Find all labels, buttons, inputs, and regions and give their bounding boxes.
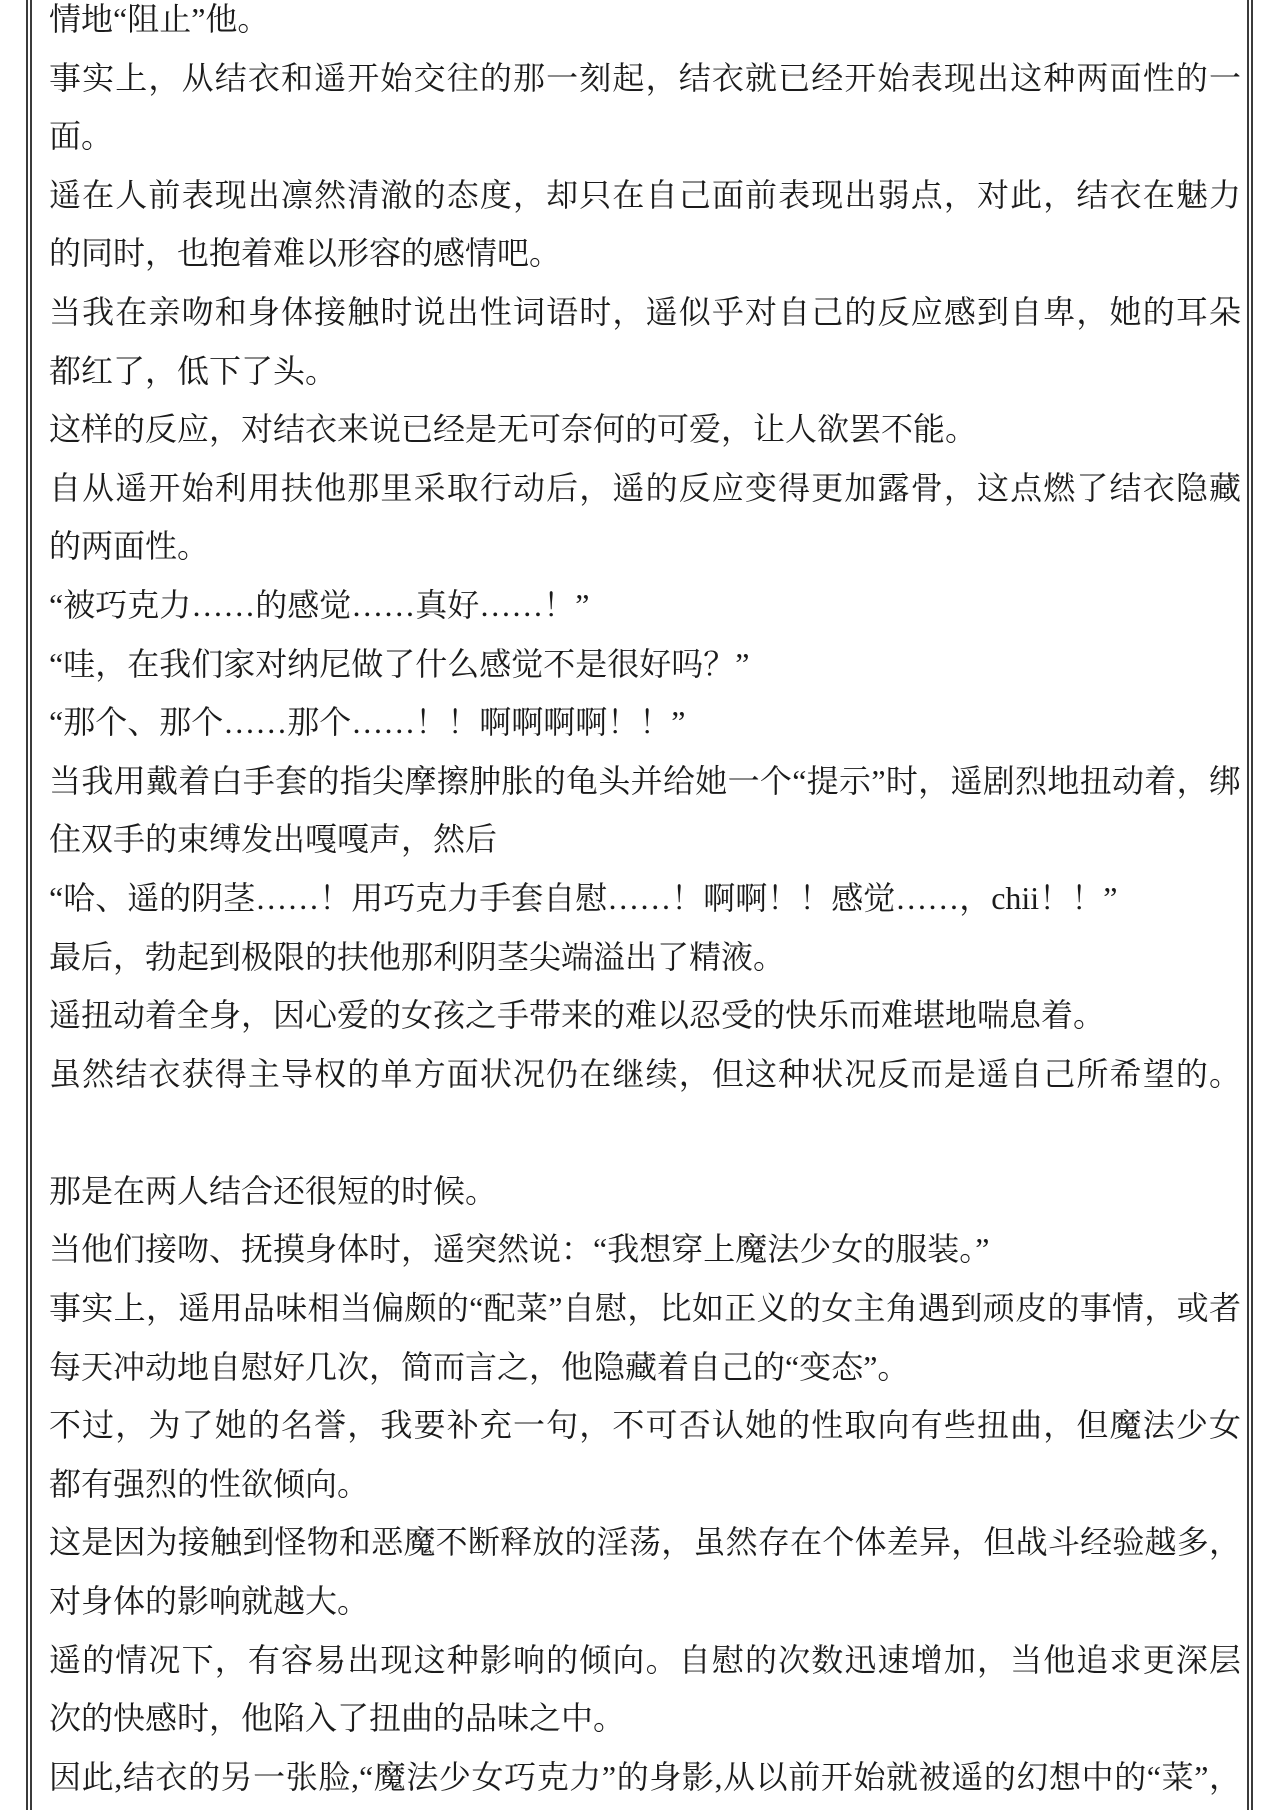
text-line: 对身体的影响就越大。 — [49, 1572, 1241, 1631]
document-page: 情地“阻止”他。事实上，从结衣和遥开始交往的那一刻起，结衣就已经开始表现出这种两… — [26, 0, 1253, 1810]
text-line: 次的快感时，他陷入了扭曲的品味之中。 — [49, 1689, 1241, 1748]
text-line: 都有强烈的性欲倾向。 — [49, 1455, 1241, 1514]
text-line: 自从遥开始利用扶他那里采取行动后，遥的反应变得更加露骨，这点燃了结衣隐藏 — [49, 459, 1241, 518]
text-line: “哇，在我们家对纳尼做了什么感觉不是很好吗？” — [49, 635, 1241, 694]
blank-line — [49, 1103, 1241, 1162]
text-line: 面。 — [49, 107, 1241, 166]
text-line: 遥的情况下，有容易出现这种影响的倾向。自慰的次数迅速增加，当他追求更深层 — [49, 1631, 1241, 1690]
text-line: 情地“阻止”他。 — [49, 0, 1241, 49]
text-line: 当我在亲吻和身体接触时说出性词语时，遥似乎对自己的反应感到自卑，她的耳朵 — [49, 283, 1241, 342]
text-line: 这是因为接触到怪物和恶魔不断释放的淫荡，虽然存在个体差异，但战斗经验越多， — [49, 1513, 1241, 1572]
text-line: 都红了，低下了头。 — [49, 342, 1241, 401]
text-line: 最后，勃起到极限的扶他那利阴茎尖端溢出了精液。 — [49, 928, 1241, 987]
text-line: “那个、那个……那个……！！啊啊啊啊！！” — [49, 693, 1241, 752]
text-line: 当我用戴着白手套的指尖摩擦肿胀的龟头并给她一个“提示”时，遥剧烈地扭动着，绑 — [49, 752, 1241, 811]
text-line: 遥在人前表现出凛然清澈的态度，却只在自己面前表现出弱点，对此，结衣在魅力 — [49, 166, 1241, 225]
text-line: “哈、遥的阴茎……！用巧克力手套自慰……！啊啊！！感觉……，chii！！” — [49, 869, 1241, 928]
text-line: 因此,结衣的另一张脸,“魔法少女巧克力”的身影,从以前开始就被遥的幻想中的“菜”… — [49, 1748, 1241, 1807]
text-line: 这样的反应，对结衣来说已经是无可奈何的可爱，让人欲罢不能。 — [49, 400, 1241, 459]
text-line: 遥扭动着全身，因心爱的女孩之手带来的难以忍受的快乐而难堪地喘息着。 — [49, 986, 1241, 1045]
text-line: 事实上，遥用品味相当偏颇的“配菜”自慰，比如正义的女主角遇到顽皮的事情，或者 — [49, 1279, 1241, 1338]
text-line: 每天冲动地自慰好几次，简而言之，他隐藏着自己的“变态”。 — [49, 1338, 1241, 1397]
text-line: 的两面性。 — [49, 517, 1241, 576]
text-line: 那是在两人结合还很短的时候。 — [49, 1162, 1241, 1221]
text-line: 事实上，从结衣和遥开始交往的那一刻起，结衣就已经开始表现出这种两面性的一 — [49, 49, 1241, 108]
text-line: 不过，为了她的名誉，我要补充一句，不可否认她的性取向有些扭曲，但魔法少女 — [49, 1396, 1241, 1455]
text-line: 的同时，也抱着难以形容的感情吧。 — [49, 224, 1241, 283]
text-line: “被巧克力……的感觉……真好……！” — [49, 576, 1241, 635]
text-line: 住双手的束缚发出嘎嘎声，然后 — [49, 810, 1241, 869]
text-line: 虽然结衣获得主导权的单方面状况仍在继续，但这种状况反而是遥自己所希望的。 — [49, 1045, 1241, 1104]
text-line: 当他们接吻、抚摸身体时，遥突然说：“我想穿上魔法少女的服装。” — [49, 1220, 1241, 1279]
text-column: 情地“阻止”他。事实上，从结衣和遥开始交往的那一刻起，结衣就已经开始表现出这种两… — [32, 0, 1247, 1806]
